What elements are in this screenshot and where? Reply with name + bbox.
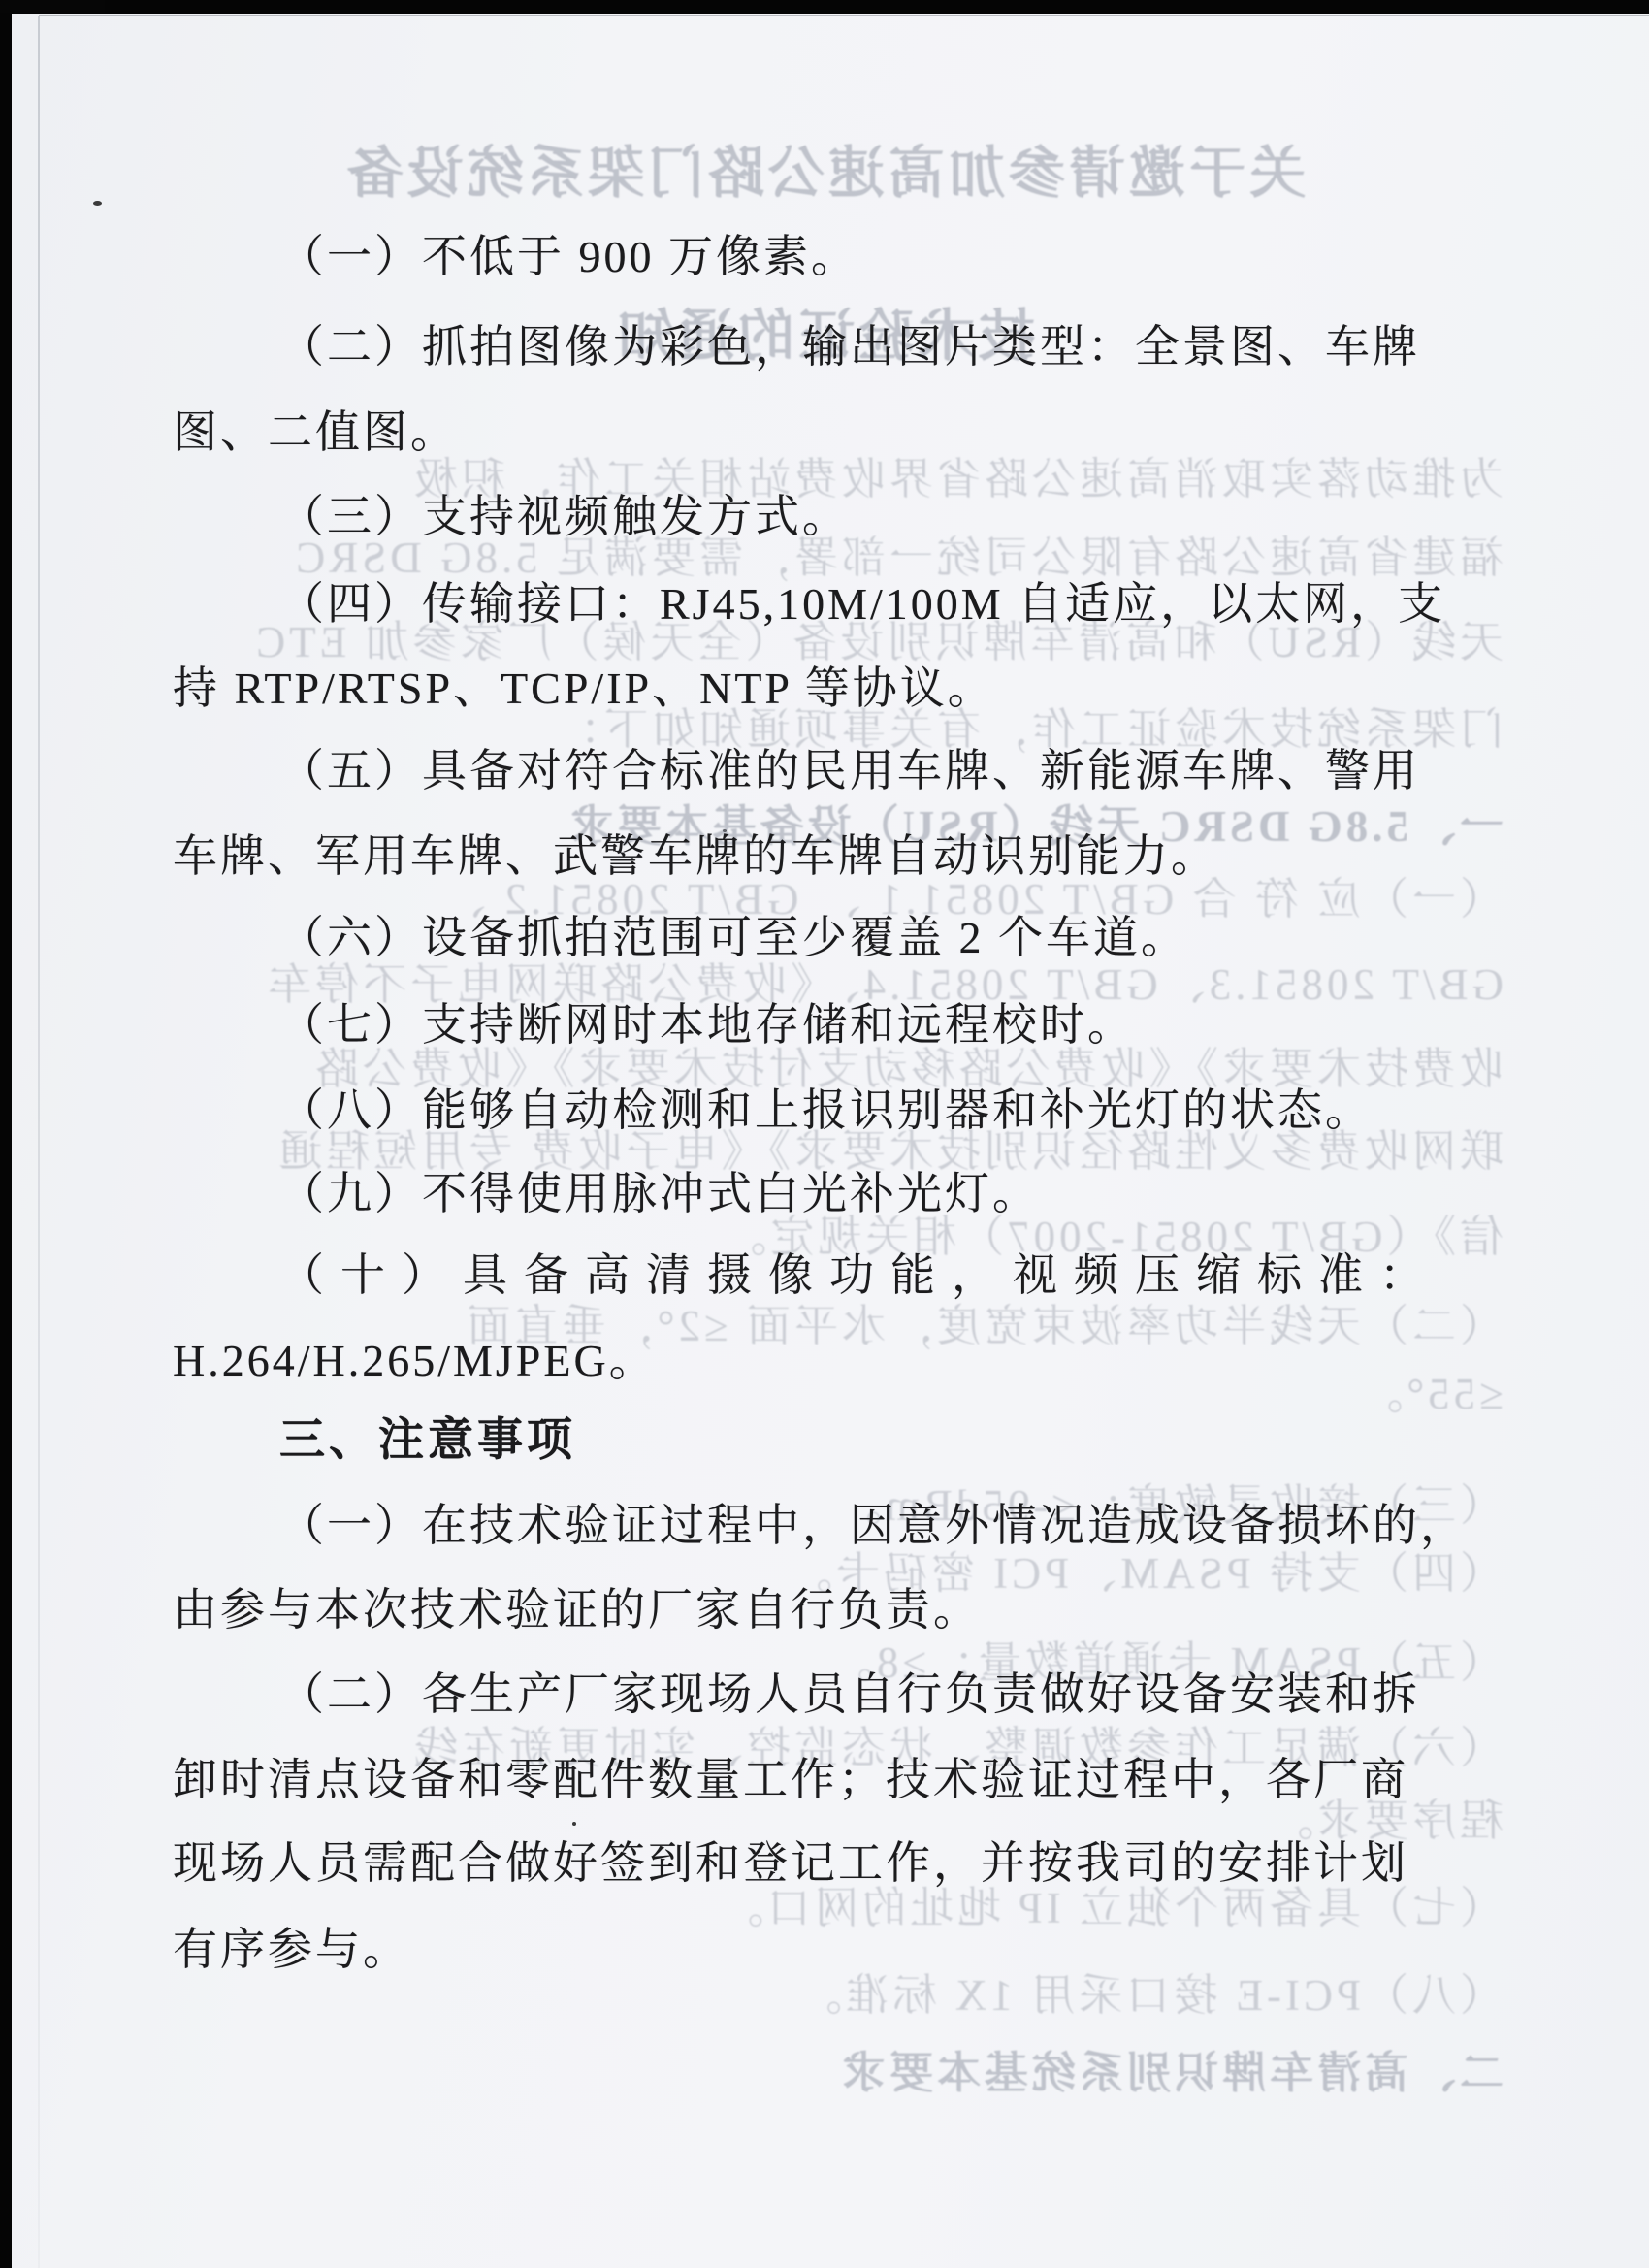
document-text-line: （十）具备高清摄像功能，视频压缩标准： bbox=[279, 1251, 1440, 1301]
document-text-line: （二）抓拍图像为彩色，输出图片类型：全景图、车牌 bbox=[279, 323, 1420, 373]
document-text-line: 持 RTP/RTSP、TCP/IP、NTP 等协议。 bbox=[173, 664, 995, 714]
scanned-document-page: { "page": { "kind": "scanned paper docum… bbox=[0, 0, 1649, 2268]
document-text-line: 卸时清点设备和零配件数量工作；技术验证过程中，各厂商 bbox=[173, 1756, 1408, 1805]
document-text-line: （二）各生产厂家现场人员自行负责做好设备安装和拆 bbox=[279, 1670, 1420, 1720]
document-text-line: 三、注意事项 bbox=[279, 1414, 576, 1465]
paper-left-edge-shadow bbox=[38, 16, 40, 2268]
document-text-line: （六）设备抓拍范围可至少覆盖 2 个车道。 bbox=[279, 914, 1188, 963]
document-text-line: （九）不得使用脉冲式白光补光灯。 bbox=[279, 1170, 1040, 1219]
document-text-layer: （一）不低于 900 万像素。（二）抓拍图像为彩色，输出图片类型：全景图、车牌图… bbox=[173, 0, 1531, 2268]
scan-speck bbox=[93, 201, 102, 206]
document-text-line: （三）支持视频触发方式。 bbox=[279, 493, 850, 542]
document-text-line: （七）支持断网时本地存储和远程校时。 bbox=[279, 1001, 1135, 1051]
document-text-line: （四）传输接口：RJ45,10M/100M 自适应，以太网，支 bbox=[279, 580, 1445, 630]
document-text-line: H.264/H.265/MJPEG。 bbox=[173, 1337, 657, 1386]
document-text-line: （一）不低于 900 万像素。 bbox=[279, 233, 858, 282]
document-text-line: （五）具备对符合标准的民用车牌、新能源车牌、警用 bbox=[279, 747, 1420, 796]
document-text-line: 图、二值图。 bbox=[173, 408, 458, 458]
document-text-line: （八）能够自动检测和上报识别器和补光灯的状态。 bbox=[279, 1086, 1373, 1136]
document-text-line: 有序参与。 bbox=[173, 1926, 410, 1975]
document-text-line: 现场人员需配合做好签到和登记工作，并按我司的安排计划 bbox=[173, 1839, 1408, 1889]
scan-edge-artifact bbox=[0, 0, 105, 13]
document-text-line: 由参与本次技术验证的厂家自行负责。 bbox=[173, 1586, 981, 1636]
document-text-line: 车牌、军用车牌、武警车牌的车牌自动识别能力。 bbox=[173, 832, 1218, 882]
document-text-line: （一）在技术验证过程中，因意外情况造成设备损坏的， bbox=[279, 1502, 1468, 1551]
